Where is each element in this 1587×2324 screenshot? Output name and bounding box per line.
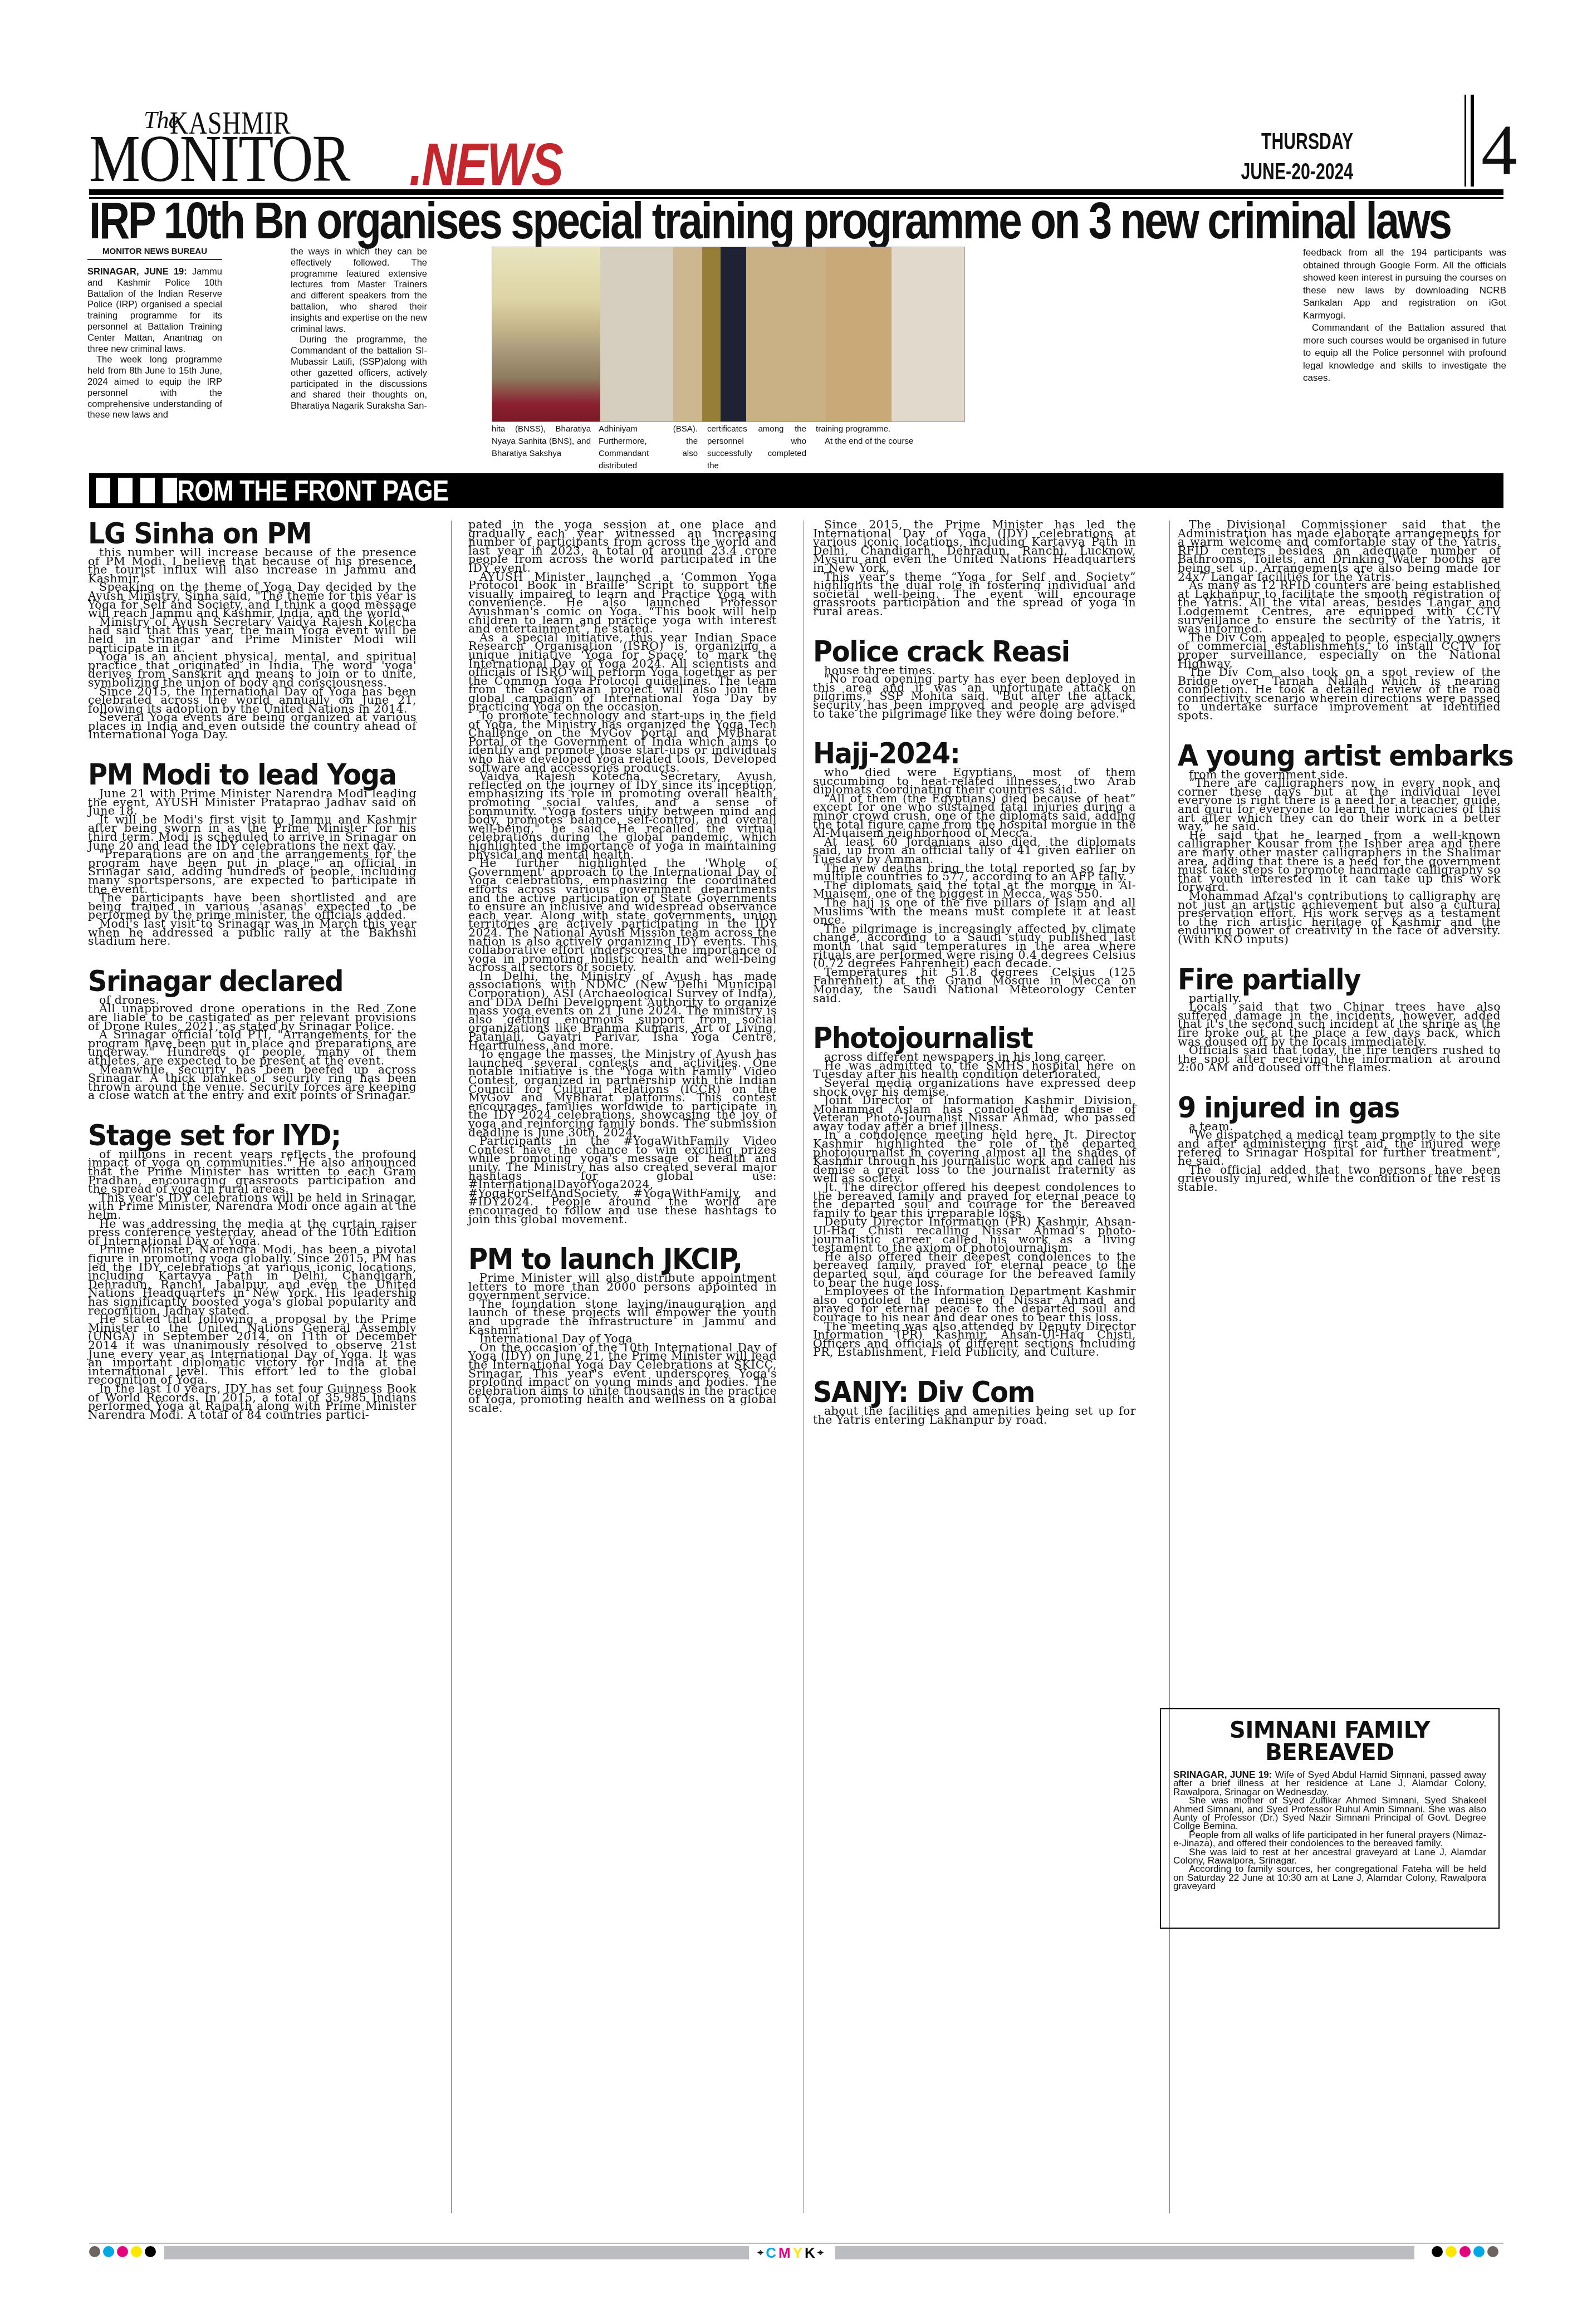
- story-young-artist: A young artist embarks from the governme…: [1178, 743, 1501, 944]
- story-sanjy-continued: The Divisional Commissioner said that th…: [1178, 521, 1501, 720]
- masthead: The KASHMIR MONITOR .NEWS THURSDAY JUNE-…: [89, 106, 1503, 189]
- lead-paragraph: SRINAGAR, JUNE 19: Jammu and Kashmir Pol…: [87, 267, 222, 355]
- color-dots-left: [89, 2246, 156, 2257]
- lead-column-1: MONITOR NEWS BUREAU SRINAGAR, JUNE 19: J…: [87, 247, 222, 421]
- story-headline: SANJY: Div Com: [813, 1379, 1110, 1406]
- lead-paragraph: feedback from all the 194 participants w…: [1303, 247, 1506, 322]
- story-idy-continued: Since 2015, the Prime Minister has led t…: [813, 521, 1136, 616]
- issue-date: THURSDAY JUNE-20-2024: [1241, 128, 1353, 188]
- story-headline: Hajj-2024:: [813, 741, 1110, 767]
- story-sanjy-div-com: SANJY: Div Com about the facilities and …: [813, 1379, 1136, 1424]
- obituary-paragraph: She was laid to rest at her ancestral gr…: [1173, 1848, 1486, 1865]
- obituary-paragraph: SRINAGAR, JUNE 19: Wife of Syed Abdul Ha…: [1173, 1771, 1486, 1796]
- obituary-headline: SIMNANI FAMILY BEREAVED: [1173, 1719, 1486, 1764]
- obituary-paragraph: She was mother of Syed Zulfikar Ahmed Si…: [1173, 1796, 1486, 1831]
- section-title: FROM THE FRONT PAGE: [163, 477, 448, 506]
- lead-paragraph: Commandant of the Battalion assured that…: [1303, 322, 1506, 385]
- story-headline: PM Modi to lead Yoga: [88, 762, 390, 788]
- cmyk-registration: ⌖ C M Y K ⌖: [757, 2245, 824, 2260]
- yellow-dot-icon: [1446, 2246, 1457, 2257]
- obituary-paragraph: People from all walks of life participat…: [1173, 1831, 1486, 1848]
- magenta-dot-icon: [117, 2246, 128, 2257]
- black-dot-icon: [1432, 2246, 1443, 2257]
- story-police-reasi: Police crack Reasi house three times. "N…: [813, 639, 1136, 719]
- column-2: pated in the yoga session at one place a…: [451, 521, 777, 2213]
- divider: [1471, 95, 1474, 187]
- lead-paragraph: the ways in which they can be effectivel…: [291, 247, 427, 335]
- story-headline: Fire partially: [1178, 967, 1475, 993]
- column-divider: [804, 521, 804, 2213]
- byline: MONITOR NEWS BUREAU: [87, 247, 222, 260]
- column-3: Since 2015, the Prime Minister has led t…: [813, 521, 1136, 1447]
- story-9-injured-gas: 9 injured in gas a team. "We dispatched …: [1178, 1095, 1501, 1192]
- divider: [1464, 95, 1466, 187]
- cyan-dot-icon: [103, 2246, 114, 2257]
- story-stage-set-continued: pated in the yoga session at one place a…: [468, 521, 777, 1224]
- story-headline: LG Sinha on PM: [88, 521, 390, 547]
- footer-gray-bar: [164, 2246, 749, 2259]
- story-pm-jkcip: PM to launch JKCIP, Prime Minister will …: [468, 1246, 777, 1413]
- story-stage-set-iyd: Stage set for IYD; of millions in recent…: [88, 1122, 417, 1419]
- cmyk-c: C: [766, 2245, 776, 2260]
- footer-gray-bar: [835, 2246, 1414, 2259]
- section-banner-from-front-page: FROM THE FRONT PAGE: [89, 473, 1503, 508]
- lead-under-photo-1: hita (BNSS), Bharatiya Nyaya Sanhita (BN…: [492, 423, 591, 460]
- column-divider: [1169, 521, 1170, 2213]
- lead-column-right: feedback from all the 194 participants w…: [1303, 247, 1506, 385]
- cmyk-m: M: [778, 2245, 791, 2260]
- story-hajj-2024: Hajj-2024: who died were Egyptians, most…: [813, 741, 1136, 1003]
- footer-rule: [89, 2243, 1503, 2244]
- story-headline: Stage set for IYD;: [88, 1122, 390, 1149]
- story-pm-modi-yoga: PM Modi to lead Yoga June 21 with Prime …: [88, 762, 417, 946]
- column-4: The Divisional Commissioner said that th…: [1178, 521, 1501, 1754]
- issue-day: THURSDAY: [1241, 128, 1353, 155]
- cyan-dot-icon: [1473, 2246, 1485, 2257]
- lead-paragraph: During the programme, the Commandant of …: [291, 335, 427, 412]
- lead-under-photo-3: certificates among the personnel who suc…: [707, 423, 806, 472]
- lead-photo-certificate-ceremony: [600, 247, 965, 422]
- black-dot-icon: [145, 2246, 156, 2257]
- logo-news: .NEWS: [409, 136, 562, 192]
- story-headline: A young artist embarks: [1178, 743, 1475, 769]
- magenta-dot-icon: [1459, 2246, 1471, 2257]
- gray-dot-icon: [1487, 2246, 1498, 2257]
- story-headline: 9 injured in gas: [1178, 1095, 1475, 1121]
- cmyk-y: Y: [793, 2245, 802, 2260]
- lead-paragraph: The week long programme held from 8th Ju…: [87, 355, 222, 421]
- color-dots-right: [1432, 2246, 1498, 2257]
- lead-headline: IRP 10th Bn organises special training p…: [89, 196, 1263, 246]
- cmyk-k: K: [805, 2245, 815, 2260]
- column-1: LG Sinha on PM this number will increase…: [88, 521, 417, 1442]
- registration-mark-icon: ⌖: [817, 2245, 824, 2260]
- obituary-box: SIMNANI FAMILY BEREAVED SRINAGAR, JUNE 1…: [1160, 1708, 1500, 1929]
- story-fire-partially: Fire partially partially. Locals said th…: [1178, 967, 1501, 1072]
- yellow-dot-icon: [131, 2246, 142, 2257]
- logo-monitor: MONITOR: [89, 128, 350, 189]
- story-lg-sinha: LG Sinha on PM this number will increase…: [88, 521, 417, 739]
- issue-date-value: JUNE-20-2024: [1241, 155, 1353, 188]
- lead-column-2: the ways in which they can be effectivel…: [291, 247, 427, 412]
- story-photojournalist: Photojournalist across different newspap…: [813, 1025, 1136, 1357]
- story-headline: PM to launch JKCIP,: [468, 1246, 752, 1273]
- story-srinagar-declared: Srinagar declared of drones. All unappro…: [88, 968, 417, 1100]
- registration-mark-icon: ⌖: [757, 2245, 763, 2260]
- page-number: 4: [1481, 117, 1517, 184]
- dateline: SRINAGAR, JUNE 19:: [87, 267, 187, 277]
- story-headline: Photojournalist: [813, 1025, 1110, 1052]
- story-headline: Srinagar declared: [88, 968, 390, 995]
- lead-under-photo-4: training programme. At the end of the co…: [816, 423, 915, 448]
- story-headline: Police crack Reasi: [813, 639, 1110, 665]
- obituary-paragraph: According to family sources, her congreg…: [1173, 1865, 1486, 1890]
- gray-dot-icon: [89, 2246, 100, 2257]
- lead-under-photo-2: Adhiniyam (BSA). Furthermore, the Comman…: [599, 423, 698, 472]
